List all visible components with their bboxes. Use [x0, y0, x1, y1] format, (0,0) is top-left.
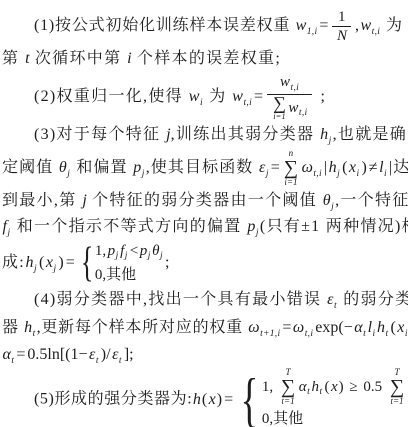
- step-3-line-3: 到最小,第 j 个特征的弱分类器由一个阈值 θj,一个特征: [2, 188, 406, 214]
- sum-lower-limit: i=1: [273, 112, 285, 121]
- text-run: 个特征的弱分类器由一个阈值: [87, 192, 323, 209]
- equals-sign: =: [318, 17, 329, 34]
- case-brace: {: [241, 376, 259, 424]
- text-run: 次循环中第: [30, 50, 127, 67]
- subscript: j: [337, 169, 340, 179]
- var-alpha: α: [354, 319, 363, 336]
- subscript: i: [373, 329, 376, 339]
- geq-sign: ≥: [345, 379, 363, 395]
- number: 0.5: [362, 379, 387, 395]
- subscript: t,i: [372, 27, 381, 37]
- text-run: (5)形成的强分类器为:: [34, 391, 192, 408]
- var-w: w: [232, 88, 243, 105]
- var-omega: ω: [301, 159, 313, 176]
- text-run: 到最小,第: [2, 192, 82, 209]
- fraction-numerator: wt,i: [275, 73, 304, 94]
- subscript: t,i: [313, 169, 322, 179]
- subscript: 1,i: [307, 27, 318, 37]
- subscript: t: [363, 329, 366, 339]
- var-h: h: [192, 391, 201, 408]
- sum-operator: T∑t=1: [281, 368, 295, 407]
- text-run: 为: [204, 88, 232, 105]
- var-epsilon: ε: [112, 346, 119, 363]
- var-p: p: [139, 243, 147, 259]
- not-equal-sign: ≠: [368, 159, 379, 176]
- case-value: 1,: [94, 243, 107, 259]
- subscript: j: [142, 169, 145, 179]
- subscript: t: [96, 356, 99, 366]
- equals-sign: =: [15, 346, 26, 363]
- var-l: l: [367, 319, 372, 336]
- fraction-numerator: 1: [334, 8, 350, 26]
- equals-sign: =: [281, 319, 292, 336]
- var-p: p: [247, 218, 256, 235]
- step-1-line-1: (1)按公式初始化训练样本误差权重 w1,i=1N,wt,i 为: [2, 6, 406, 46]
- semicolon: ;: [164, 254, 170, 271]
- subscript: t: [307, 387, 310, 397]
- var-N: N: [336, 28, 347, 44]
- paren-open: (: [389, 319, 396, 336]
- subscript: t,i: [305, 329, 314, 339]
- piecewise-cases: {1, T∑t=1αtht(x) ≥ 0.5 T∑t=1αt0,其他: [235, 368, 408, 427]
- var-epsilon: ε: [327, 291, 334, 308]
- var-omega: ω: [248, 319, 260, 336]
- case-value: 0,其他: [261, 411, 304, 427]
- fraction-denominator: N: [332, 26, 351, 45]
- equals-sign: =: [253, 88, 264, 105]
- sum-operator: ∑i=1: [273, 95, 286, 121]
- paper-text-block: (1)按公式初始化训练样本误差权重 w1,i=1N,wt,i 为 第 t 次循环…: [0, 0, 408, 424]
- var-w: w: [279, 74, 290, 90]
- subscript: j: [125, 251, 128, 261]
- paren-close: ): [338, 379, 345, 395]
- step-3-line-4: fj 和一个指示不等式方向的偏置 pj(只有±1 两种情况)构: [2, 214, 406, 240]
- case-brace: {: [81, 247, 94, 281]
- var-theta: θ: [322, 192, 330, 209]
- paren-close: ): [216, 391, 223, 408]
- text-run: 达: [393, 159, 408, 176]
- text-run: (2)权重归一化,使得: [34, 88, 188, 105]
- step-2-line: (2)权重归一化,使得 wi 为 wt,i=wt,i∑i=1wt,i ;: [2, 72, 406, 122]
- subscript: j: [34, 264, 37, 274]
- case-rows: 1, T∑t=1αtht(x) ≥ 0.5 T∑t=1αt0,其他: [261, 368, 408, 427]
- text-run: (4)弱分类器中,找出一个具有最小错误: [34, 291, 327, 308]
- equals-sign: =: [223, 391, 234, 408]
- sigma-glyph: ∑: [390, 378, 404, 397]
- var-h: h: [311, 379, 319, 395]
- subscript: j: [266, 169, 269, 179]
- text-run: 的弱分类: [338, 291, 408, 308]
- var-w: w: [288, 100, 299, 116]
- case-row-2: 0,其他: [94, 266, 164, 285]
- subscript: j: [331, 202, 334, 212]
- var-h: h: [328, 159, 337, 176]
- step-1-line-2: 第 t 次循环中第 i 个样本的误差权重;: [2, 46, 406, 72]
- var-h: h: [25, 254, 34, 271]
- sum-lower-limit: i=1: [284, 178, 297, 188]
- text-run: ,使其目标函数: [146, 159, 259, 176]
- var-x: x: [208, 391, 216, 408]
- text-run: 个样本的误差权重;: [132, 50, 281, 67]
- subscript: t: [386, 329, 389, 339]
- subscript: t+1,i: [260, 329, 280, 339]
- fraction-denominator: ∑i=1wt,i: [267, 94, 312, 121]
- semicolon: ;: [315, 88, 325, 105]
- equals-sign: =: [65, 254, 76, 271]
- equals-sign: =: [270, 159, 281, 176]
- subscript: j: [256, 228, 259, 238]
- case-row-1: 1, T∑t=1αtht(x) ≥ 0.5 T∑t=1αt: [261, 368, 408, 407]
- subscript: j: [160, 251, 163, 261]
- case-row-1: 1,pjfj<pjθj: [94, 242, 164, 267]
- subscript: t,i: [243, 98, 252, 108]
- var-f: f: [120, 243, 125, 259]
- var-epsilon: ε: [259, 159, 266, 176]
- sum-operator: n∑i=1: [284, 149, 298, 188]
- var-h: h: [24, 319, 33, 336]
- var-p: p: [107, 243, 115, 259]
- subscript: j: [7, 228, 10, 238]
- case-value: 0,其他: [94, 267, 137, 283]
- text-run: ];: [123, 346, 135, 363]
- step-4-line-2: 器 ht,更新每个样本所对应的权重 ωt+1,i=ωt,iexp(−αtliht…: [2, 314, 406, 342]
- step-3-line-5: 成:hj(xj)={1,pjfj<pjθj0,其他;: [2, 240, 406, 286]
- subscript: j: [67, 169, 70, 179]
- text-run: (3)对于每个特征: [34, 126, 166, 143]
- var-theta: θ: [152, 243, 160, 259]
- var-l: l: [379, 159, 384, 176]
- var-p: p: [133, 159, 142, 176]
- text-run: 为: [381, 17, 403, 34]
- subscript: i: [200, 98, 203, 108]
- piecewise-cases: {1,pjfj<pjθj0,其他: [77, 242, 164, 286]
- case-value: 1,: [261, 379, 278, 395]
- var-w: w: [295, 17, 306, 34]
- subscript: i: [405, 329, 408, 339]
- var-w: w: [360, 17, 371, 34]
- var-omega: ω: [292, 319, 304, 336]
- text-run: ,一个特征: [335, 192, 408, 209]
- var-alpha: α: [298, 379, 306, 395]
- var-x: x: [45, 254, 53, 271]
- step-4-line-3: αt=0.5ln[(1−εt)/εt];: [2, 342, 406, 368]
- sigma-glyph: ∑: [273, 95, 286, 112]
- sum-lower-limit: t=1: [390, 397, 403, 407]
- text-run: 器: [2, 319, 24, 336]
- var-x: x: [348, 159, 356, 176]
- var-h: h: [377, 319, 386, 336]
- var-w: w: [188, 88, 199, 105]
- var-alpha: α: [2, 346, 11, 363]
- step-3-line-1: (3)对于每个特征 j,训练出其弱分类器 hj,也就是确: [2, 122, 406, 148]
- var-h: h: [320, 126, 329, 143]
- subscript: t: [119, 356, 122, 366]
- subscript: j: [148, 251, 151, 261]
- subscript: j: [116, 251, 119, 261]
- text-run: 定阈值: [2, 159, 58, 176]
- less-than-sign: <: [129, 243, 139, 259]
- step-5-line: (5)形成的强分类器为:h(x)={1, T∑t=1αtht(x) ≥ 0.5 …: [2, 368, 406, 424]
- subscript: t,i: [299, 108, 308, 118]
- text-run: (1)按公式初始化训练样本误差权重: [34, 17, 295, 34]
- text-run: ,也就是确: [333, 126, 408, 143]
- paren-close: ): [360, 159, 367, 176]
- text-run: 第: [2, 50, 25, 67]
- subscript: t,i: [291, 83, 300, 93]
- var-epsilon: ε: [89, 346, 96, 363]
- subscript: j: [329, 136, 332, 146]
- text-run: 0.5ln[(1−: [26, 346, 88, 363]
- var-theta: θ: [58, 159, 66, 176]
- subscript: t: [11, 356, 14, 366]
- case-row-2: 0,其他: [261, 407, 408, 427]
- sigma-glyph: ∑: [284, 159, 298, 178]
- text-run: 和一个指示不等式方向的偏置: [11, 218, 247, 235]
- case-rows: 1,pjfj<pjθj0,其他: [94, 242, 164, 286]
- step-4-line-1: (4)弱分类器中,找出一个具有最小错误 εt 的弱分类: [2, 286, 406, 314]
- sigma-glyph: ∑: [281, 378, 295, 397]
- subscript: t: [334, 301, 337, 311]
- text-run: ,更新每个样本所对应的权重: [37, 319, 248, 336]
- text-run: ,训练出其弱分类器: [171, 126, 320, 143]
- paren-close: ): [57, 254, 64, 271]
- subscript: j: [53, 264, 56, 274]
- text-run: (只有±1 两种情况)构: [260, 218, 408, 235]
- sum-lower-limit: t=1: [282, 397, 295, 407]
- text-run: 和偏置: [71, 159, 133, 176]
- fraction-1-over-N: 1N: [332, 8, 351, 45]
- subscript: i: [384, 169, 387, 179]
- var-x: x: [330, 379, 337, 395]
- text-run: 成:: [2, 254, 25, 271]
- var-x: x: [397, 319, 405, 336]
- exp-open: exp(−: [314, 319, 353, 336]
- weight-normalization-fraction: wt,i∑i=1wt,i: [267, 73, 312, 121]
- text-run: )/: [100, 346, 112, 363]
- subscript: t: [33, 329, 36, 339]
- step-3-line-2: 定阈值 θj 和偏置 pj,使其目标函数 εj=n∑i=1ωt,i|hj(xi)…: [2, 148, 406, 188]
- sum-operator: T∑t=1: [390, 368, 404, 407]
